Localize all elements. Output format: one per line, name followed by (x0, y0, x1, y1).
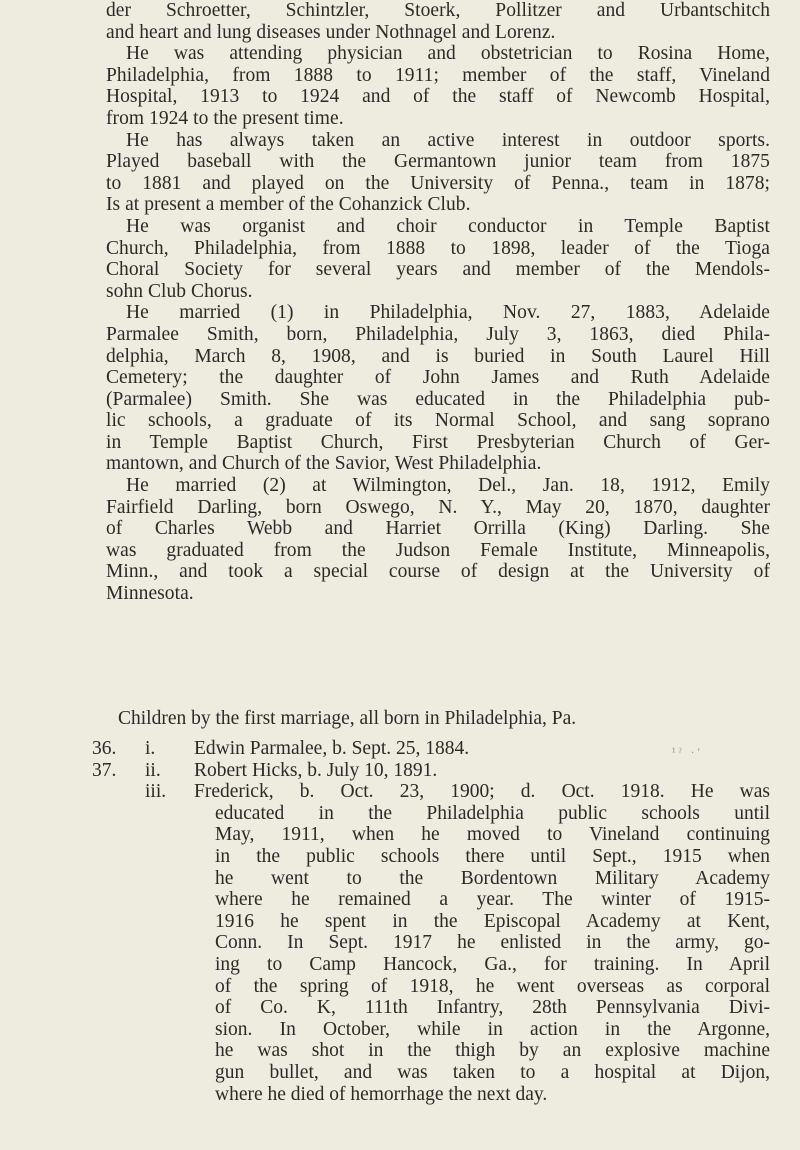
text-line: and heart and lung diseases under Nothna… (106, 22, 770, 44)
text-line: where he remained a year. The winter of … (194, 889, 770, 911)
text-line: Played baseball with the Germantown juni… (106, 151, 770, 173)
text-line: Parmalee Smith, born, Philadelphia, July… (106, 324, 770, 346)
text-line: Minnesota. (106, 583, 770, 605)
text-line: 1916 he spent in the Episcopal Academy a… (194, 911, 770, 933)
text-line: He was attending physician and obstetric… (106, 43, 770, 65)
text-line: Is at present a member of the Cohanzick … (106, 194, 770, 216)
paragraph-hospital-career: He was attending physician and obstetric… (106, 43, 770, 129)
text-line: educated in the Philadelphia public scho… (194, 803, 770, 825)
child-text: Edwin Parmalee, b. Sept. 25, 1884. (194, 738, 469, 760)
text-line: lic schools, a graduate of its Normal Sc… (106, 410, 770, 432)
child-roman-numeral: iii. (145, 781, 166, 803)
child-roman-numeral: i. (145, 738, 155, 760)
text-line: to 1881 and played on the University of … (106, 173, 770, 195)
text-line: he went to the Bordentown Military Acade… (194, 868, 770, 890)
text-line: of Charles Webb and Harriet Orrilla (Kin… (106, 518, 770, 540)
child-text: Robert Hicks, b. July 10, 1891. (194, 760, 437, 782)
text-line: mantown, and Church of the Savior, West … (106, 453, 770, 475)
text-line: Cemetery; the daughter of John James and… (106, 367, 770, 389)
paragraph-training-continued: der Schroetter, Schintzler, Stoerk, Poll… (106, 0, 770, 43)
text-line: from 1924 to the present time. (106, 108, 770, 130)
text-line: Frederick, b. Oct. 23, 1900; d. Oct. 191… (194, 781, 770, 803)
paragraph-second-marriage: He married (2) at Wilmington, Del., Jan.… (106, 475, 770, 605)
text-line: of the spring of 1918, he went overseas … (194, 976, 770, 998)
text-line: He married (2) at Wilmington, Del., Jan.… (106, 475, 770, 497)
text-line: He was organist and choir conductor in T… (106, 216, 770, 238)
text-line: Fairfield Darling, born Oswego, N. Y., M… (106, 497, 770, 519)
paragraph-sports: He has always taken an active interest i… (106, 130, 770, 216)
text-line: May, 1911, when he moved to Vineland con… (194, 824, 770, 846)
text-line: Choral Society for several years and mem… (106, 259, 770, 281)
paragraph-first-marriage: He married (1) in Philadelphia, Nov. 27,… (106, 302, 770, 475)
text-line: in the public schools there until Sept.,… (194, 846, 770, 868)
child-biography: Frederick, b. Oct. 23, 1900; d. Oct. 191… (194, 781, 770, 1105)
text-line: der Schroetter, Schintzler, Stoerk, Poll… (106, 0, 770, 22)
text-line: Conn. In Sept. 1917 he enlisted in the a… (194, 932, 770, 954)
text-line: ing to Camp Hancock, Ga., for training. … (194, 954, 770, 976)
document-page: der Schroetter, Schintzler, Stoerk, Poll… (106, 0, 770, 605)
text-line: sohn Club Chorus. (106, 281, 770, 303)
text-line: Hospital, 1913 to 1924 and of the staff … (106, 86, 770, 108)
text-line: he was shot in the thigh by an explosive… (194, 1040, 770, 1062)
children-heading: Children by the first marriage, all born… (118, 708, 576, 730)
child-number: 37. (92, 760, 116, 782)
text-line: in Temple Baptist Church, First Presbyte… (106, 432, 770, 454)
text-line: delphia, March 8, 1908, and is buried in… (106, 346, 770, 368)
text-line: (Parmalee) Smith. She was educated in th… (106, 389, 770, 411)
text-line: Minn., and took a special course of desi… (106, 561, 770, 583)
text-line: where he died of hemorrhage the next day… (194, 1084, 770, 1106)
text-line: He married (1) in Philadelphia, Nov. 27,… (106, 302, 770, 324)
child-roman-numeral: ii. (145, 760, 161, 782)
paragraph-music: He was organist and choir conductor in T… (106, 216, 770, 302)
text-line: Philadelphia, from 1888 to 1911; member … (106, 65, 770, 87)
text-line: of Co. K, 111th Infantry, 28th Pennsylva… (194, 997, 770, 1019)
text-line: was graduated from the Judson Female Ins… (106, 540, 770, 562)
text-line: gun bullet, and was taken to a hospital … (194, 1062, 770, 1084)
pencil-mark: ¹ˀ ·' (672, 745, 712, 767)
child-number: 36. (92, 738, 116, 760)
text-line: Church, Philadelphia, from 1888 to 1898,… (106, 238, 770, 260)
text-line: He has always taken an active interest i… (106, 130, 770, 152)
text-line: sion. In October, while in action in the… (194, 1019, 770, 1041)
